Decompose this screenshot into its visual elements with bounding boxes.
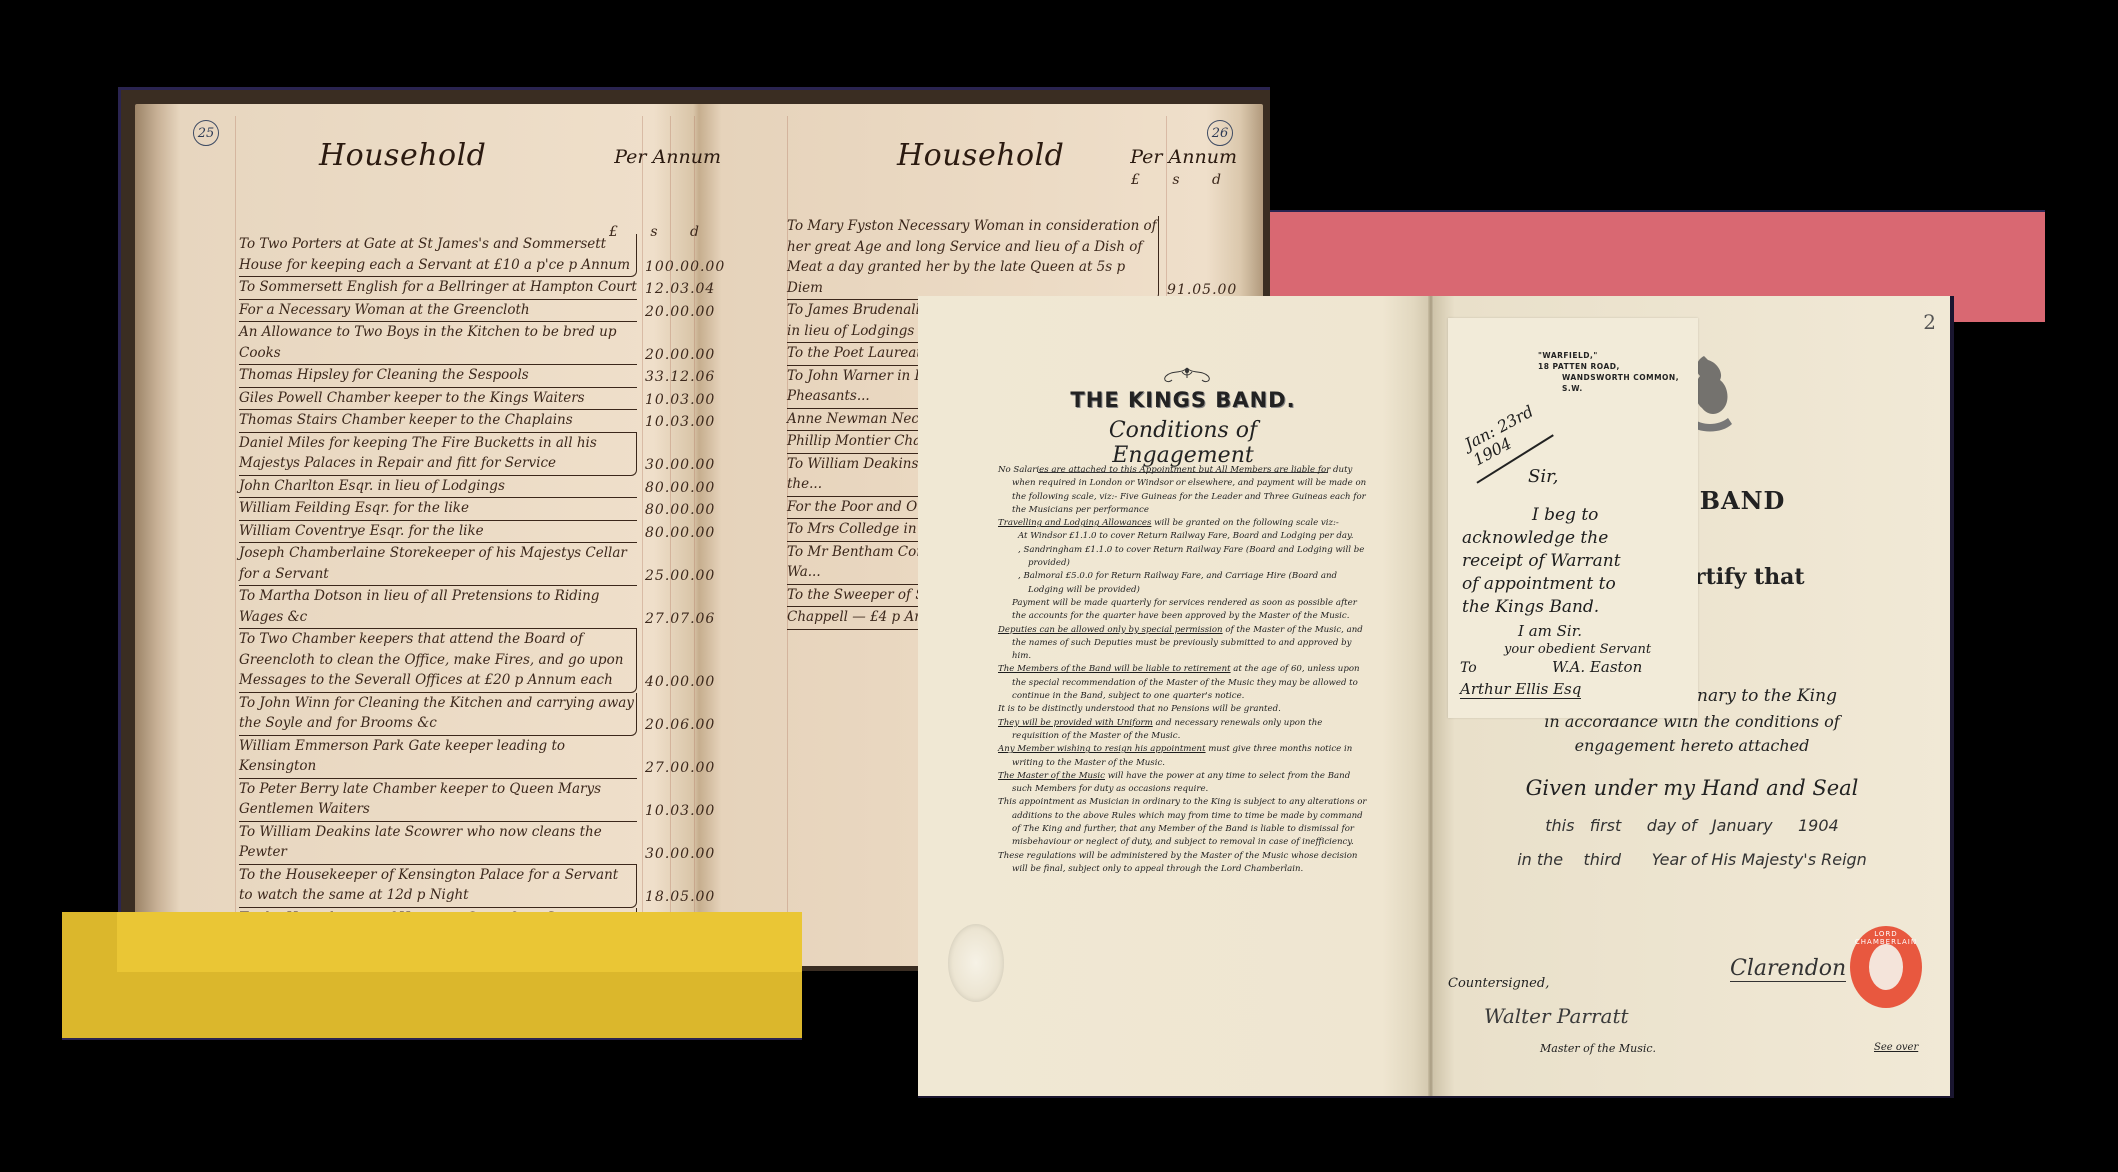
entry-description: To Peter Berry late Chamber keeper to Qu…	[239, 779, 637, 822]
condition-clause: Any Member wishing to resign his appoint…	[998, 743, 1368, 770]
address-line: 18 PATTEN ROAD,	[1538, 361, 1698, 372]
entry-description: Giles Powell Chamber keeper to the Kings…	[239, 388, 637, 411]
entry-description: Joseph Chamberlaine Storekeeper of his M…	[239, 543, 637, 586]
condition-clause: They will be provided with Uniform and n…	[998, 717, 1368, 744]
kings-band-document-image: THE KINGS BAND. Conditions of Engagement…	[918, 296, 1954, 1098]
entry-amount: 20.00.00	[645, 302, 715, 323]
entry-description: Daniel Miles for keeping The Fire Bucket…	[239, 433, 637, 476]
condition-clause: , Sandringham £1.1.0 to cover Return Rai…	[998, 544, 1368, 571]
entry-description: To the Housekeeper of Kensington Palace …	[239, 865, 637, 908]
condition-text: , Sandringham £1.1.0 to cover Return Rai…	[1018, 545, 1364, 568]
ledger-entry: Thomas Stairs Chamber keeper to the Chap…	[239, 410, 715, 433]
letter-to: To	[1460, 660, 1477, 676]
lsd-columns: £ s d	[1131, 172, 1235, 188]
condition-text: At Windsor £1.1.0 to cover Return Railwa…	[1018, 531, 1354, 541]
ledger-entry: For a Necessary Woman at the Greencloth2…	[239, 300, 715, 323]
folio-number: 25	[193, 120, 219, 146]
date-prefix: this	[1545, 816, 1574, 835]
countersigned-label: Countersigned,	[1448, 976, 1549, 991]
condition-clause: It is to be distinctly understood that n…	[998, 703, 1368, 716]
entry-description: Thomas Hipsley for Cleaning the Sespools	[239, 365, 637, 388]
master-of-music-signature: Walter Parratt	[1484, 1004, 1629, 1028]
condition-heading: Travelling and Lodging Allowances	[998, 518, 1151, 528]
acknowledgement-letter: "WARFIELD," 18 PATTEN ROAD, WANDSWORTH C…	[1448, 318, 1698, 718]
letter-body-line: receipt of Warrant	[1462, 550, 1698, 573]
letter-signature: W.A. Easton	[1552, 658, 1642, 676]
ledger-margin-rule	[235, 116, 236, 936]
condition-text: Payment will be made quarterly for servi…	[1012, 598, 1357, 621]
entry-description: To Two Porters at Gate at St James's and…	[239, 234, 637, 277]
condition-clause: Travelling and Lodging Allowances will b…	[998, 517, 1368, 530]
condition-clause: No Salaries are attached to this Appoint…	[998, 464, 1368, 517]
ledger-entry: To William Deakins late Scowrer who now …	[239, 822, 715, 865]
reign-year: third	[1583, 850, 1621, 869]
condition-text: This appointment as Musician in ordinary…	[998, 797, 1367, 847]
certificate-date-line: this first day of January 1904	[1434, 816, 1950, 835]
ledger-entry: To John Winn for Cleaning the Kitchen an…	[239, 693, 715, 736]
condition-clause: , Balmoral £5.0.0 for Return Railway Far…	[998, 570, 1368, 597]
entry-amount: 20.06.00	[645, 715, 715, 736]
entry-amount: 33.12.06	[645, 367, 715, 388]
condition-clause: These regulations will be administered b…	[998, 850, 1368, 877]
entry-description: To Sommersett English for a Bellringer a…	[239, 277, 637, 300]
entry-amount: 27.07.06	[645, 609, 715, 630]
folio-number: 26	[1207, 120, 1233, 146]
condition-clause: Payment will be made quarterly for servi…	[998, 597, 1368, 624]
letter-body: I beg to acknowledge the receipt of Warr…	[1462, 504, 1698, 619]
ledger-entry: William Coventrye Esqr. for the like80.0…	[239, 521, 715, 544]
condition-text: , Balmoral £5.0.0 for Return Railway Far…	[1018, 571, 1337, 594]
lord-chamberlain-signature: Clarendon	[1730, 956, 1846, 982]
ledger-entry: To Mary Fyston Necessary Woman in consid…	[787, 216, 1237, 300]
letter-address: "WARFIELD," 18 PATTEN ROAD, WANDSWORTH C…	[1538, 350, 1698, 394]
letter-body-line: I beg to	[1462, 504, 1698, 527]
reign-prefix: in the	[1517, 850, 1563, 869]
entry-description: John Charlton Esqr. in lieu of Lodgings	[239, 476, 637, 499]
date-day: first	[1590, 816, 1622, 835]
ledger-entry: John Charlton Esqr. in lieu of Lodgings8…	[239, 476, 715, 499]
see-over-note: See over	[1874, 1042, 1918, 1053]
condition-text: These regulations will be administered b…	[998, 851, 1357, 874]
condition-text: will be granted on the following scale v…	[1151, 518, 1338, 528]
entry-amount: 80.00.00	[645, 523, 715, 544]
condition-text: It is to be distinctly understood that n…	[998, 704, 1281, 714]
condition-clause: The Members of the Band will be liable t…	[998, 663, 1368, 703]
ledger-entry: Thomas Hipsley for Cleaning the Sespools…	[239, 365, 715, 388]
entry-description: To Two Chamber keepers that attend the B…	[239, 629, 637, 693]
address-line: WANDSWORTH COMMON, S.W.	[1538, 372, 1698, 394]
master-of-music-label: Master of the Music.	[1540, 1042, 1656, 1055]
condition-heading: They will be provided with Uniform	[998, 718, 1153, 728]
condition-heading: Any Member wishing to resign his appoint…	[998, 744, 1206, 754]
letter-body-line: acknowledge the	[1462, 527, 1698, 550]
ledger-entries: To Two Porters at Gate at St James's and…	[239, 234, 715, 951]
ledger-heading: Household	[319, 138, 486, 173]
entry-amount: 18.05.00	[645, 887, 715, 908]
entry-amount: 12.03.04	[645, 279, 715, 300]
condition-clause: This appointment as Musician in ordinary…	[998, 796, 1368, 849]
yellow-accent-highlight	[117, 912, 802, 972]
yellow-accent-block	[62, 912, 802, 1040]
certificate-attached-line: engagement hereto attached	[1434, 736, 1950, 755]
entry-description: William Feilding Esqr. for the like	[239, 498, 637, 521]
condition-clause: Deputies can be allowed only by special …	[998, 624, 1368, 664]
condition-clause: At Windsor £1.1.0 to cover Return Railwa…	[998, 530, 1368, 543]
ledger-entry: Giles Powell Chamber keeper to the Kings…	[239, 388, 715, 411]
entry-amount: 20.00.00	[645, 345, 715, 366]
entry-amount: 80.00.00	[645, 500, 715, 521]
entry-description: An Allowance to Two Boys in the Kitchen …	[239, 322, 637, 365]
ledger-heading: Household	[897, 138, 1064, 173]
entry-amount: 27.00.00	[645, 758, 715, 779]
entry-amount: 40.00.00	[645, 672, 715, 693]
entry-description: William Coventrye Esqr. for the like	[239, 521, 637, 544]
seal-text: LORD CHAMBERLAIN	[1850, 930, 1922, 946]
date-year: 1904	[1798, 816, 1839, 835]
letter-body-line: of appointment to	[1462, 573, 1698, 596]
letter-closing-servant: your obedient Servant	[1504, 642, 1651, 657]
entry-description: To Mary Fyston Necessary Woman in consid…	[787, 216, 1159, 300]
ledger-entry: To Sommersett English for a Bellringer a…	[239, 277, 715, 300]
certificate-certify-text: rtify that	[1694, 564, 1805, 590]
entry-amount: 25.00.00	[645, 566, 715, 587]
entry-amount: 10.03.00	[645, 412, 715, 433]
entry-amount: 10.03.00	[645, 390, 715, 411]
ornament-icon	[1152, 366, 1222, 388]
entry-description: William Emmerson Park Gate keeper leadin…	[239, 736, 637, 779]
ledger-entry: To Martha Dotson in lieu of all Pretensi…	[239, 586, 715, 629]
entry-amount: 80.00.00	[645, 478, 715, 499]
page-number: 2	[1923, 310, 1936, 334]
entry-amount: 100.00.00	[645, 257, 715, 278]
per-annum-label: Per Annum	[614, 146, 721, 168]
date-month: January	[1712, 816, 1773, 835]
ledger-entry: Daniel Miles for keeping The Fire Bucket…	[239, 433, 715, 476]
entry-amount: 30.00.00	[645, 844, 715, 865]
lord-chamberlain-seal-icon: LORD CHAMBERLAIN	[1850, 926, 1922, 1008]
address-line: "WARFIELD,"	[1538, 350, 1698, 361]
ledger-entry: An Allowance to Two Boys in the Kitchen …	[239, 322, 715, 365]
certificate-reign-line: in the third Year of His Majesty's Reign	[1434, 850, 1950, 869]
condition-heading: The Master of the Music	[998, 771, 1105, 781]
letter-date: Jan: 23rd 1904	[1462, 403, 1545, 470]
per-annum-label: Per Annum	[1130, 146, 1237, 168]
condition-text: No Salaries are attached to this Appoint…	[998, 465, 1366, 515]
letter-recipient: Arthur Ellis Esq	[1460, 680, 1581, 699]
entry-description: Thomas Stairs Chamber keeper to the Chap…	[239, 410, 637, 433]
conditions-body: No Salaries are attached to this Appoint…	[998, 464, 1368, 876]
ledger-entry: To Two Porters at Gate at St James's and…	[239, 234, 715, 277]
letter-closing: I am Sir.	[1518, 622, 1582, 640]
condition-clause: The Master of the Music will have the po…	[998, 770, 1368, 797]
certificate-given-line: Given under my Hand and Seal	[1434, 776, 1950, 800]
entry-description: To William Deakins late Scowrer who now …	[239, 822, 637, 865]
band-title: THE KINGS BAND.	[1038, 388, 1328, 412]
letter-salutation: Sir,	[1528, 466, 1558, 487]
entry-description: To John Winn for Cleaning the Kitchen an…	[239, 693, 637, 736]
condition-heading: Deputies can be allowed only by special …	[998, 625, 1223, 635]
ledger-entry: To Peter Berry late Chamber keeper to Qu…	[239, 779, 715, 822]
ledger-entry: Joseph Chamberlaine Storekeeper of his M…	[239, 543, 715, 586]
seal-crest-icon	[1869, 944, 1903, 990]
embossed-seal-icon	[948, 924, 1004, 1002]
entry-description: For a Necessary Woman at the Greencloth	[239, 300, 637, 323]
condition-heading: The Members of the Band will be liable t…	[998, 664, 1231, 674]
ledger-entry: William Emmerson Park Gate keeper leadin…	[239, 736, 715, 779]
date-mid: day of	[1647, 816, 1697, 835]
letter-body-line: the Kings Band.	[1462, 596, 1698, 619]
reign-suffix: Year of His Majesty's Reign	[1652, 850, 1867, 869]
entry-amount: 30.00.00	[645, 455, 715, 476]
ledger-entry: To Two Chamber keepers that attend the B…	[239, 629, 715, 693]
ledger-entry: William Feilding Esqr. for the like80.00…	[239, 498, 715, 521]
entry-amount: 10.03.00	[645, 801, 715, 822]
entry-description: To Martha Dotson in lieu of all Pretensi…	[239, 586, 637, 629]
ledger-entry: To the Housekeeper of Kensington Palace …	[239, 865, 715, 908]
ledger-left-page: 25 Household Per Annum £ s d To Two Port…	[169, 116, 715, 936]
